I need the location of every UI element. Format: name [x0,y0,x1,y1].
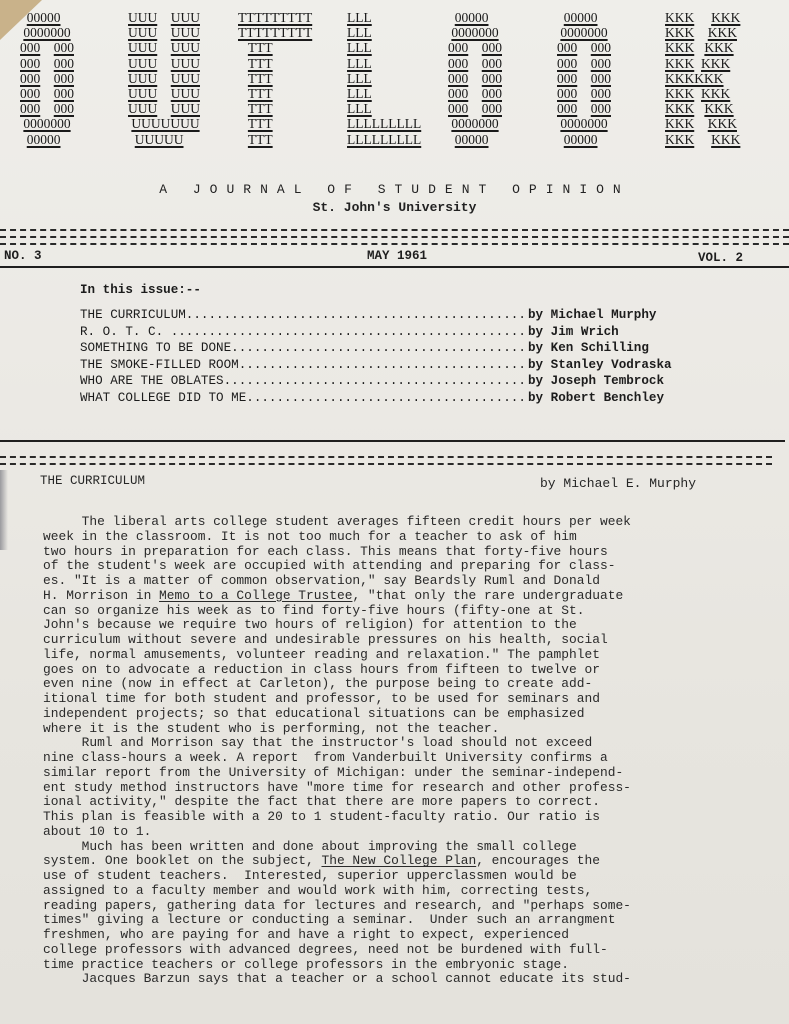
article-body: The liberal arts college student average… [43,515,773,987]
underlined-title: The New College Plan [321,853,476,868]
masthead-row: LLL [347,40,421,55]
toc-item-author: by Stanley Vodraska [528,357,672,374]
masthead-row: 00000 [20,10,74,25]
masthead-row: 0000000 [20,25,74,40]
masthead-row: LLL [347,101,421,116]
masthead-row: UUU UUU [128,56,200,71]
dashed-rule [0,456,772,458]
masthead-row: 0000000 [20,116,74,131]
toc-item-author: by Jim Wrich [528,324,619,341]
article-line: ent study method instructors have "more … [43,781,773,796]
article-line: about 10 to 1. [43,825,773,840]
page-edge-shadow [0,470,8,550]
article-line: H. Morrison in Memo to a College Trustee… [43,589,773,604]
masthead-row: KKK KKK [665,25,740,40]
solid-rule [0,440,785,442]
masthead-row: 0000000 [448,25,502,40]
article-line: even nine (now in effect at Carleton), t… [43,677,773,692]
toc-item: WHO ARE THE OBLATES.....................… [80,373,760,390]
masthead-row: KKK KKK [665,101,740,116]
toc-item: SOMETHING TO BE DONE....................… [80,340,760,357]
masthead-row: TTTTTTTTT [238,25,312,40]
masthead-row: LLL [347,86,421,101]
masthead-row: 000 000 [448,71,502,86]
article-line: ional activity," despite the fact that t… [43,795,773,810]
dashed-rule [0,229,789,231]
masthead-row: KKK KKK [665,86,740,101]
toc-item-author: by Joseph Tembrock [528,373,664,390]
article-line: week in the classroom. It is not too muc… [43,530,773,545]
masthead-row: 00000 [448,10,502,25]
masthead-letter-u: UUU UUUUUU UUUUUU UUUUUU UUUUUU UUUUUU U… [128,10,200,147]
masthead-row: UUUUUUU [128,116,200,131]
underlined-title: Memo to a College Trustee [159,588,352,603]
masthead-row: 000 000 [448,86,502,101]
article-line: This plan is feasible with a 20 to 1 stu… [43,810,773,825]
dashed-rule [0,236,789,238]
masthead-letter-t: TTTTTTTTTTTTTTTTTT TTT TTT TTT TTT TTT T… [238,10,312,147]
article-line: independent projects; so that educationa… [43,707,773,722]
solid-rule [0,266,789,268]
article-byline: by Michael E. Murphy [540,476,696,491]
article-line: where it is the student who is performin… [43,722,773,737]
dashed-rule [0,243,789,245]
masthead-letter-o: 00000 0000000000 000000 000000 000000 00… [557,10,611,147]
article-line: life, normal amusements, volunteer readi… [43,648,773,663]
dashed-rule [0,463,772,465]
masthead-row: UUU UUU [128,25,200,40]
masthead-row: 000 000 [20,86,74,101]
masthead-row: 000 000 [557,101,611,116]
masthead-row: LLL [347,10,421,25]
masthead-row: KKK KKK [665,56,740,71]
article-line: times" giving a lecture or conducting a … [43,913,773,928]
article-line: Much has been written and done about imp… [43,840,773,855]
article-title: THE CURRICULUM [40,474,145,488]
article-line: itional time for both student and profes… [43,692,773,707]
article-line: two hours in preparation for each class.… [43,545,773,560]
newsletter-page: 00000 0000000000 000000 000000 000000 00… [0,0,789,1024]
masthead-row: 00000 [557,10,611,25]
article-line: system. One booklet on the subject, The … [43,854,773,869]
toc-item-title: SOMETHING TO BE DONE....................… [80,341,528,355]
toc-item-title: THE CURRICULUM..........................… [80,308,528,322]
article-line: of the student's week are occupied with … [43,559,773,574]
masthead-letter-o: 00000 0000000000 000000 000000 000000 00… [448,10,502,147]
toc-list: THE CURRICULUM..........................… [80,307,760,407]
toc-item-title: R. O. T. C. ............................… [80,325,528,339]
article-line: similar report from the University of Mi… [43,766,773,781]
masthead-row: 000 000 [557,86,611,101]
journal-subtitle: A JOURNAL OF STUDENT OPINION [0,182,789,197]
masthead-row: KKK KKK [665,40,740,55]
masthead-row: KKKKKK [665,71,740,86]
article-line: Ruml and Morrison say that the instructo… [43,736,773,751]
masthead-row: LLL [347,71,421,86]
issue-date: MAY 1961 [367,249,427,263]
masthead-letter-o: 00000 0000000000 000000 000000 000000 00… [20,10,74,147]
article-line: The liberal arts college student average… [43,515,773,530]
toc-item-author: by Ken Schilling [528,340,649,357]
university-name: St. John's University [0,200,789,215]
toc-heading: In this issue:-- [80,283,760,298]
masthead-row: 000 000 [557,56,611,71]
masthead-row: 000 000 [557,40,611,55]
article-line: Jacques Barzun says that a teacher or a … [43,972,773,987]
masthead-row: KKK KKK [665,116,740,131]
masthead-letter-l: LLLLLLLLLLLLLLLLLLLLLLLLLLLLLLLLLLLLLLL [347,10,421,147]
masthead-row: UUU UUU [128,101,200,116]
volume-number: VOL. 2 [698,251,743,265]
toc-item: R. O. T. C. ............................… [80,324,760,341]
masthead-row: TTT [238,56,312,71]
masthead-row: 0000000 [448,116,502,131]
toc-item-author: by Michael Murphy [528,307,656,324]
article-line: college professors with advanced degrees… [43,943,773,958]
article-line: goes on to advocate a reduction in class… [43,663,773,678]
masthead-row: 00000 [448,132,502,147]
article-line: John's because we require two hours of r… [43,618,773,633]
masthead-row: KKK KKK [665,132,740,147]
masthead-row: TTTTTTTTT [238,10,312,25]
issue-number: NO. 3 [4,249,42,263]
masthead-row: TTT [238,116,312,131]
masthead-row: 000 000 [448,40,502,55]
masthead-row: 000 000 [20,40,74,55]
masthead-row: 000 000 [448,56,502,71]
masthead-row: TTT [238,101,312,116]
toc-item-title: WHO ARE THE OBLATES.....................… [80,374,528,388]
masthead-row: TTT [238,71,312,86]
masthead-row: LLL [347,56,421,71]
masthead-row: TTT [238,132,312,147]
toc-item-title: WHAT COLLEGE DID TO ME..................… [80,391,528,405]
masthead-row: KKK KKK [665,10,740,25]
article-line: reading papers, gathering data for lectu… [43,899,773,914]
masthead: 00000 0000000000 000000 000000 000000 00… [0,10,789,170]
masthead-row: UUUUU [128,132,200,147]
masthead-row: UUU UUU [128,86,200,101]
toc-item-author: by Robert Benchley [528,390,664,407]
article-line: time practice teachers or college profes… [43,958,773,973]
article-line: nine class-hours a week. A report from V… [43,751,773,766]
masthead-row: 000 000 [448,101,502,116]
masthead-row: 00000 [557,132,611,147]
masthead-row: 000 000 [557,71,611,86]
masthead-row: LLL [347,25,421,40]
masthead-row: TTT [238,86,312,101]
article-line: curriculum without severe and undesirabl… [43,633,773,648]
masthead-row: UUU UUU [128,10,200,25]
masthead-row: TTT [238,40,312,55]
masthead-row: UUU UUU [128,40,200,55]
toc-item: WHAT COLLEGE DID TO ME..................… [80,390,760,407]
masthead-row: UUU UUU [128,71,200,86]
masthead-row: 0000000 [557,25,611,40]
masthead-row: 00000 [20,132,74,147]
toc-item: THE SMOKE-FILLED ROOM...................… [80,357,760,374]
masthead-row: LLLLLLLLL [347,116,421,131]
article-line: freshmen, who are paying for and have a … [43,928,773,943]
article-line: assigned to a faculty member and would w… [43,884,773,899]
masthead-row: 000 000 [20,71,74,86]
masthead-row: LLLLLLLLL [347,132,421,147]
toc-item-title: THE SMOKE-FILLED ROOM...................… [80,358,528,372]
article-line: use of student teachers. Interested, sup… [43,869,773,884]
article-line: can so organize his week as to find fort… [43,604,773,619]
article-line: es. "It is a matter of common observatio… [43,574,773,589]
masthead-letter-k: KKK KKKKKK KKKKKK KKKKKK KKKKKKKKKKKK KK… [665,10,740,147]
masthead-row: 000 000 [20,56,74,71]
toc-item: THE CURRICULUM..........................… [80,307,760,324]
masthead-row: 0000000 [557,116,611,131]
masthead-row: 000 000 [20,101,74,116]
table-of-contents: In this issue:-- THE CURRICULUM.........… [80,283,760,407]
